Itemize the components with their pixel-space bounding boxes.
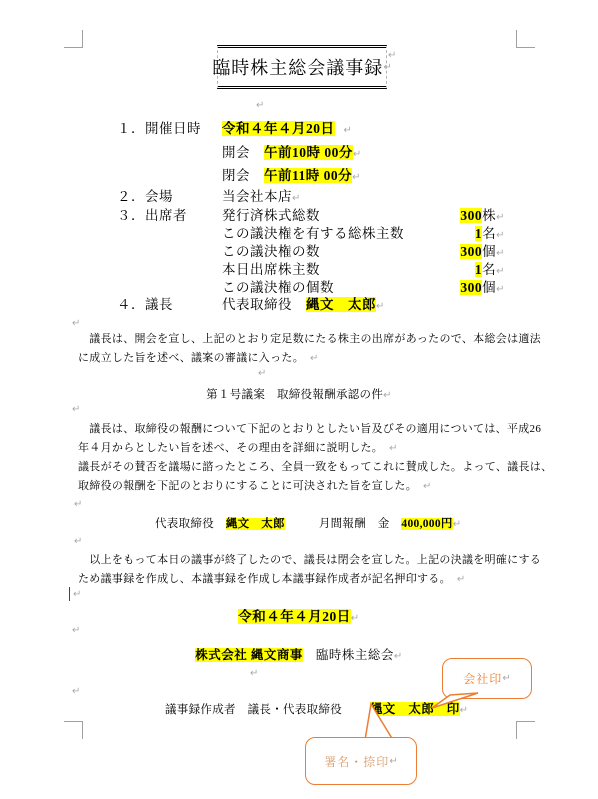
close-time-line: 閉会午前11時 00分↵ xyxy=(222,168,361,185)
open-time-line: 開会午前10時 00分↵ xyxy=(222,145,362,162)
crop-mark-top-right-icon xyxy=(516,30,535,48)
closing-date-line: 令和４年４月20日↵ xyxy=(0,605,598,625)
paragraph-mark-icon: ↵ xyxy=(502,673,510,684)
paragraph-mark-icon: ↵ xyxy=(496,230,505,241)
paragraph-mark-icon: ↵ xyxy=(72,404,80,415)
agenda-heading-text: 第１号議案 取締役報酬承認の件 xyxy=(206,389,383,401)
attendee-row-label: この議決権の数 xyxy=(222,244,320,261)
paragraph-mark-icon: ↵ xyxy=(72,625,80,636)
paragraph-line: 議長は、取締役の報酬について下記のとおりとしたい旨及びその適用については、平成2… xyxy=(78,423,541,437)
paragraph-line: 議長がその賛否を議場に諮ったところ、全員一致をもってこれに賛成した。よって、議長… xyxy=(78,461,552,475)
agenda-heading: 第１号議案 取締役報酬承認の件↵ xyxy=(0,386,598,402)
paragraph-line: に成立した旨を述べ、議案の審議に入った。↵ xyxy=(78,352,319,366)
unit-label: 株 xyxy=(482,208,496,223)
attendee-row-label: この議決権の個数 xyxy=(222,280,334,297)
paragraph-mark-icon: ↵ xyxy=(258,368,266,379)
text-cursor xyxy=(69,587,70,601)
closing-date-field[interactable]: 令和４年４月20日 xyxy=(238,609,351,624)
resolution-role: 代表取締役 xyxy=(155,518,226,530)
crop-mark-bottom-right-icon xyxy=(516,721,535,739)
list-label: 開催日時 xyxy=(145,121,201,136)
unit-label: 名 xyxy=(482,262,496,277)
open-time-field[interactable]: 午前10時 00分 xyxy=(264,145,353,160)
paragraph-mark-icon: ↵ xyxy=(383,390,392,401)
attendee-row-label: 本日出席株主数 xyxy=(222,262,320,279)
salary-amount-field[interactable]: 400,000円 xyxy=(401,518,452,530)
paragraph-mark-icon: ↵ xyxy=(423,481,432,492)
resolution-name-field[interactable]: 縄文 太郎 xyxy=(226,518,285,530)
paragraph-mark-icon: ↵ xyxy=(72,318,80,329)
paragraph-text: 取締役の報酬を下記のとおりにすることに可決された旨を宣した。 xyxy=(78,480,417,492)
paragraph-line: 議長は、開会を宣し、上記のとおり定足数にたる株主の出席があったので、本総会は適法 xyxy=(78,333,541,347)
open-label: 開会 xyxy=(222,145,250,160)
chair-role: 代表取締役 xyxy=(222,297,306,312)
creator-label: 議事録作成者 議長・代表取締役 xyxy=(165,704,342,716)
signature-seal-callout-text: 署名・捺印 xyxy=(324,753,389,770)
close-time-field[interactable]: 午前11時 00分 xyxy=(264,168,352,183)
paragraph-mark-icon: ↵ xyxy=(453,519,462,530)
close-label: 閉会 xyxy=(222,168,250,183)
crop-mark-top-left-icon xyxy=(64,30,83,48)
paragraph-mark-icon: ↵ xyxy=(353,149,362,160)
attendee-row-value: 300個↵ xyxy=(460,280,505,297)
paragraph-mark-icon: ↵ xyxy=(383,62,391,73)
company-name-field[interactable]: 株式会社 縄文商事 xyxy=(195,648,303,662)
present-voting-rights-field[interactable]: 300 xyxy=(460,280,482,295)
paragraph-line: 年４月からとしたい旨を述べ、その理由を詳細に説明した。↵ xyxy=(78,442,398,456)
paragraph-mark-icon: ↵ xyxy=(496,212,505,223)
list-item-2: ２．会場 xyxy=(117,189,173,206)
paragraph-text: 年４月からとしたい旨を述べ、その理由を詳細に説明した。 xyxy=(78,442,383,454)
paragraph-mark-icon: ↵ xyxy=(310,353,319,364)
chairman-name-field[interactable]: 縄文 太郎 xyxy=(306,297,376,312)
venue-line: 当会社本店↵ xyxy=(222,189,301,206)
paragraph-mark-icon: ↵ xyxy=(389,756,397,767)
paragraph-mark-icon: ↵ xyxy=(351,613,360,624)
signature-seal-callout[interactable]: 署名・捺印↵ xyxy=(305,737,417,785)
salary-label: 月間報酬 金 xyxy=(319,518,402,530)
document-page[interactable]: 臨時株主総会議事録↵ ↵ ↵ １．開催日時 令和４年４月20日↵ 開会午前10時… xyxy=(0,0,598,799)
paragraph-mark-icon: ↵ xyxy=(388,50,396,61)
paragraph-line: 取締役の報酬を下記のとおりにすることに可決された旨を宣した。↵ xyxy=(78,480,432,494)
meeting-date-field[interactable]: 令和４年４月20日 xyxy=(222,121,335,136)
paragraph-mark-icon: ↵ xyxy=(389,443,398,454)
signature-seal-callout-tail xyxy=(355,700,405,742)
paragraph-mark-icon: ↵ xyxy=(73,589,81,600)
unit-label: 名 xyxy=(482,226,496,241)
list-number: ４． xyxy=(117,297,145,312)
paragraph-mark-icon: ↵ xyxy=(457,574,466,585)
paragraph-line: 以上をもって本日の議事が終了したので、議長は閉会を宣した。上記の決議を明確にする xyxy=(78,554,541,568)
attendee-row-value: 1名↵ xyxy=(475,226,505,243)
paragraph-mark-icon: ↵ xyxy=(352,172,361,183)
creator-line: 議事録作成者 議長・代表取締役縄文 太郎 印↵ xyxy=(165,702,468,718)
paragraph-mark-icon: ↵ xyxy=(394,651,403,662)
shares-total-field[interactable]: 300 xyxy=(460,208,482,223)
chairman-line: 代表取締役 縄文 太郎↵ xyxy=(222,297,385,314)
paragraph-mark-icon: ↵ xyxy=(74,499,82,510)
document-title: 臨時株主総会議事録 xyxy=(212,54,383,80)
paragraph-mark-icon: ↵ xyxy=(250,668,258,679)
list-number: ３． xyxy=(117,208,145,223)
list-item-4: ４．議長 xyxy=(117,297,173,314)
title-box: 臨時株主総会議事録↵ xyxy=(217,45,387,89)
company-seal-callout-tail xyxy=(425,688,485,712)
list-label: 議長 xyxy=(145,297,173,312)
paragraph-text: ため議事録を作成し、本議事録を作成し本議事録作成者が記名押印する。 xyxy=(78,573,451,585)
paragraph-line: ため議事録を作成し、本議事録を作成し本議事録作成者が記名押印する。↵ xyxy=(78,573,466,587)
list-number: １． xyxy=(117,121,145,136)
list-label: 出席者 xyxy=(145,208,187,223)
paragraph-text: に成立した旨を述べ、議案の審議に入った。 xyxy=(78,352,304,364)
paragraph-mark-icon: ↵ xyxy=(496,248,505,259)
resolution-line: 代表取締役 縄文 太郎月間報酬 金 400,000円↵ xyxy=(155,517,461,532)
venue-value: 当会社本店 xyxy=(222,189,292,204)
list-item-3: ３．出席者 xyxy=(117,208,187,225)
attendee-row-label: この議決権を有する総株主数 xyxy=(222,226,404,243)
attendee-row-label: 発行済株式総数 xyxy=(222,208,320,225)
attendee-row-value: 1名↵ xyxy=(475,262,505,279)
attendee-row-value: 300株↵ xyxy=(460,208,505,225)
unit-label: 個 xyxy=(482,280,496,295)
paragraph-mark-icon: ↵ xyxy=(256,100,264,111)
paragraph-mark-icon: ↵ xyxy=(496,266,505,277)
crop-mark-bottom-left-icon xyxy=(64,721,83,739)
voting-rights-field[interactable]: 300 xyxy=(460,244,482,259)
list-number: ２． xyxy=(117,189,145,204)
list-item-1: １．開催日時 xyxy=(117,121,201,138)
paragraph-mark-icon: ↵ xyxy=(72,686,80,697)
paragraph-mark-icon: ↵ xyxy=(292,193,301,204)
unit-label: 個 xyxy=(482,244,496,259)
paragraph-mark-icon: ↵ xyxy=(496,284,505,295)
meeting-date-line: 令和４年４月20日↵ xyxy=(222,121,352,138)
company-seal-callout-text: 会社印 xyxy=(463,670,502,687)
paragraph-mark-icon: ↵ xyxy=(74,536,82,547)
list-label: 会場 xyxy=(145,189,173,204)
meeting-name: 臨時株主総会 xyxy=(303,648,394,662)
paragraph-mark-icon: ↵ xyxy=(344,125,353,136)
paragraph-mark-icon: ↵ xyxy=(376,301,385,312)
attendee-row-value: 300個↵ xyxy=(460,244,505,261)
